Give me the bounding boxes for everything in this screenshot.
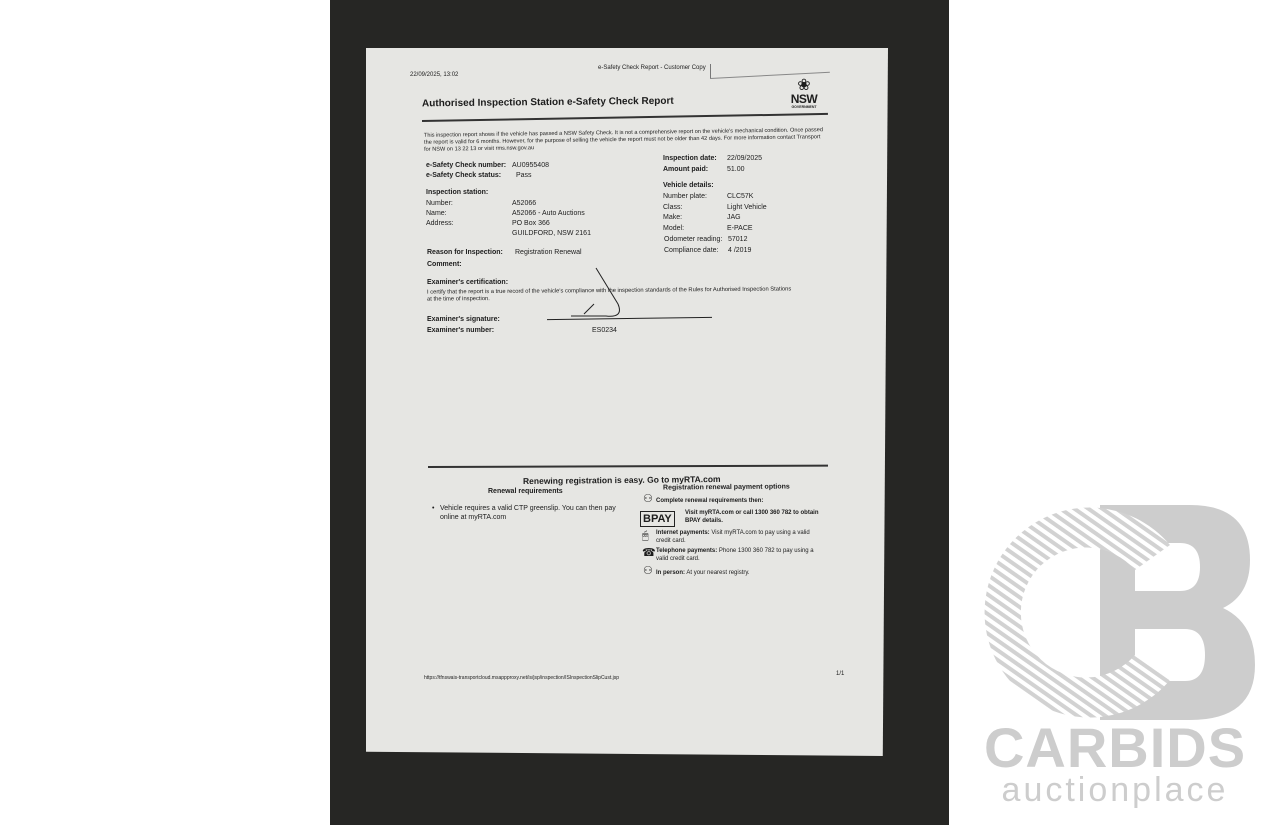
certification-heading: Examiner's certification: <box>427 279 508 286</box>
payment-option-complete: Complete renewal requirements then: <box>656 498 826 506</box>
payment-option-bpay: Visit myRTA.com or call 1300 360 782 to … <box>685 510 825 525</box>
payment-option-in-person: In person: At your nearest registry. <box>656 570 826 578</box>
amount-row: Amount paid: 51.00 <box>663 166 708 173</box>
signature-label: Examiner's signature: <box>427 316 500 323</box>
requirement-item: Vehicle requires a valid CTP greenslip. … <box>440 504 630 522</box>
option-text: At your nearest registry. <box>685 570 750 576</box>
check-number: AU0955408 <box>512 162 549 169</box>
vehicle-heading: Vehicle details: <box>663 182 714 189</box>
check-status: Pass <box>516 172 532 179</box>
inspection-date-row: Inspection date: 22/09/2025 <box>663 155 717 162</box>
station-number-label: Number: <box>426 200 453 207</box>
requirements-heading: Renewal requirements <box>488 488 563 495</box>
compliance-row: Compliance date: 4 /2019 <box>664 247 718 254</box>
reason-row: Reason for Inspection: Registration Rene… <box>427 249 503 256</box>
option-bold: In person: <box>656 570 685 576</box>
report-title: Authorised Inspection Station e-Safety C… <box>422 96 674 110</box>
examiner-number-row: Examiner's number: ES0234 <box>427 327 494 334</box>
inspection-date: 22/09/2025 <box>727 155 762 162</box>
check-status-label: e-Safety Check status: <box>426 172 501 179</box>
person-icon: ⚇ <box>643 494 653 505</box>
comment-label: Comment: <box>427 261 462 268</box>
make-label: Make: <box>663 214 682 221</box>
inspection-report-page: 22/09/2025, 13:02 e-Safety Check Report … <box>366 48 888 756</box>
odometer-row: Odometer reading: 57012 <box>664 236 722 243</box>
option-bold: Internet payments: <box>656 530 710 536</box>
station-heading-text: Inspection station: <box>426 189 488 196</box>
odometer-reading: 57012 <box>728 236 747 243</box>
plate-row: Number plate: CLC57K <box>663 193 707 200</box>
payment-option-telephone: Telephone payments: Phone 1300 360 782 t… <box>656 548 826 563</box>
station-address-line2: GUILDFORD, NSW 2161 <box>512 230 591 237</box>
model-row: Model: E-PACE <box>663 225 684 232</box>
inspection-date-label: Inspection date: <box>663 155 717 162</box>
vehicle-class: Light Vehicle <box>727 204 767 211</box>
compliance-label: Compliance date: <box>664 247 718 254</box>
make-row: Make: JAG <box>663 214 682 221</box>
amount-paid: 51.00 <box>727 166 745 173</box>
bullet-icon: • <box>432 505 434 512</box>
reason-label: Reason for Inspection: <box>427 249 503 256</box>
certification-heading-text: Examiner's certification: <box>427 279 508 286</box>
model-label: Model: <box>663 225 684 232</box>
class-label: Class: <box>663 204 682 211</box>
station-address-label: Address: <box>426 220 454 227</box>
examiner-number-label: Examiner's number: <box>427 327 494 334</box>
bpay-logo: BPAY <box>640 511 675 527</box>
check-number-label: e-Safety Check number: <box>426 162 506 169</box>
intro-text: This inspection report shows if the vehi… <box>424 127 824 154</box>
check-number-row: e-Safety Check number: AU0955408 <box>426 162 506 169</box>
payment-option-internet: Internet payments: Visit myRTA.com to pa… <box>656 530 826 545</box>
station-name-row: Name: A52066 - Auto Auctions <box>426 210 447 217</box>
print-datetime: 22/09/2025, 13:02 <box>410 72 458 78</box>
person-icon: ⚇ <box>643 566 653 577</box>
logo-word: NSW <box>786 94 822 105</box>
station-number: A52066 <box>512 200 536 207</box>
cb-fingerprint-logo <box>975 505 1255 720</box>
station-address-line2-text: GUILDFORD, NSW 2161 <box>512 230 591 237</box>
option-bold: Telephone payments: <box>656 548 717 554</box>
option-bold: Visit myRTA.com or call 1300 360 782 to … <box>685 510 819 524</box>
amount-label: Amount paid: <box>663 166 708 173</box>
station-number-row: Number: A52066 <box>426 200 453 207</box>
fold-mark <box>710 64 711 78</box>
nsw-government-logo: ❀ NSW GOVERNMENT <box>786 78 822 109</box>
station-heading: Inspection station: <box>426 189 488 196</box>
station-address-line1: PO Box 366 <box>512 220 550 227</box>
logo-sub: GOVERNMENT <box>786 105 822 109</box>
vehicle-make: JAG <box>727 214 741 221</box>
station-name: A52066 - Auto Auctions <box>512 210 585 217</box>
signature-icon <box>566 266 636 326</box>
class-row: Class: Light Vehicle <box>663 204 682 211</box>
watermark-tagline: auctionplace <box>975 771 1255 810</box>
examiner-number: ES0234 <box>592 327 617 334</box>
number-plate: CLC57K <box>727 193 753 200</box>
signature-row: Examiner's signature: <box>427 316 500 323</box>
station-name-label: Name: <box>426 210 447 217</box>
comment-row: Comment: <box>427 261 462 268</box>
telephone-icon: ☎ <box>642 548 656 559</box>
copy-label: e-Safety Check Report - Customer Copy <box>598 65 706 71</box>
payment-heading: Registration renewal payment options <box>663 483 790 491</box>
check-status-row: e-Safety Check status: Pass <box>426 172 501 179</box>
mouse-icon: 🖱 <box>642 531 649 542</box>
plate-label: Number plate: <box>663 193 707 200</box>
vehicle-heading-text: Vehicle details: <box>663 182 714 189</box>
option-bold: Complete renewal requirements then: <box>656 498 763 504</box>
odometer-label: Odometer reading: <box>664 236 722 243</box>
renewal-rule <box>428 465 828 468</box>
station-address-row: Address: PO Box 366 <box>426 220 454 227</box>
carbids-watermark: CARBIDS auctionplace <box>975 505 1255 815</box>
footer-url: https://tfnswais-transportcloud.msapppro… <box>424 675 619 681</box>
compliance-date: 4 /2019 <box>728 247 751 254</box>
page-number: 1/1 <box>836 671 844 677</box>
reason-value: Registration Renewal <box>515 249 582 256</box>
vehicle-model: E-PACE <box>727 225 753 232</box>
title-rule <box>422 113 828 122</box>
